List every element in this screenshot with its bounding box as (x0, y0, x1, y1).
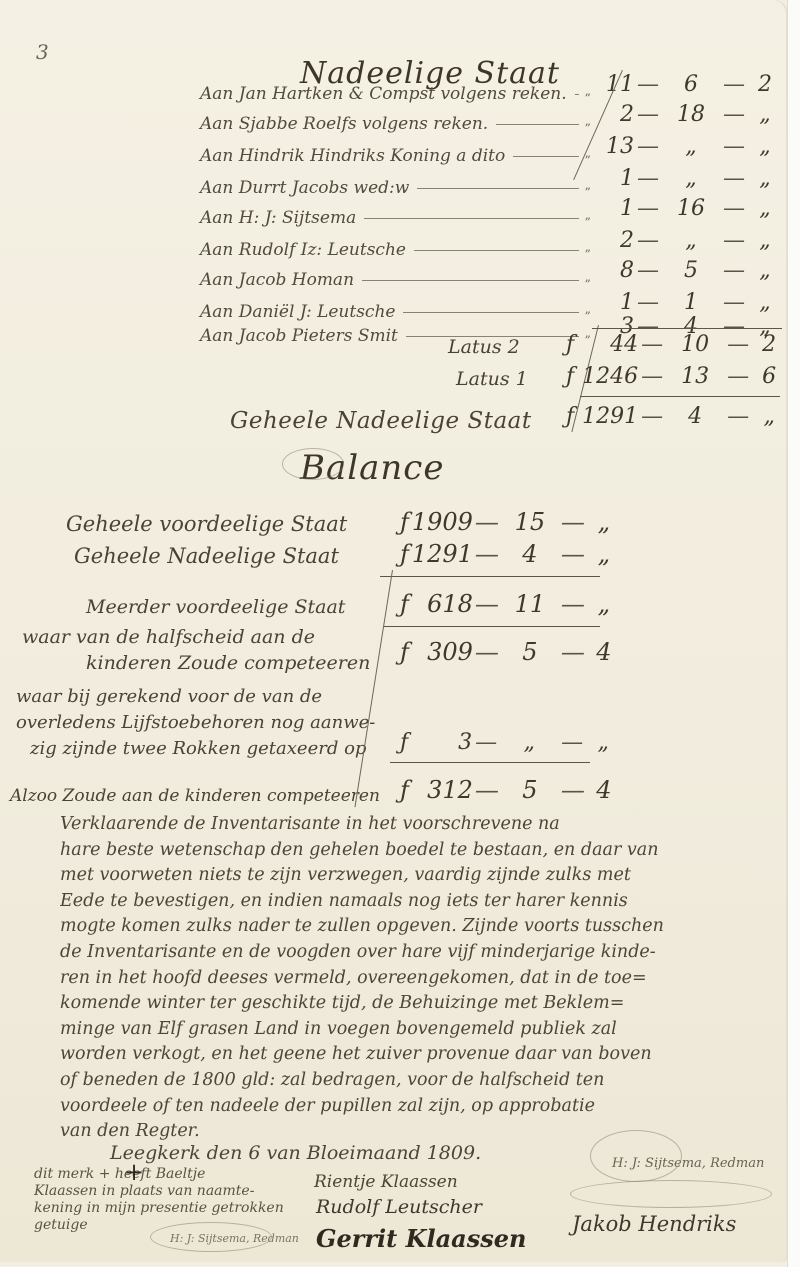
signature-flourish (570, 1180, 772, 1208)
alzoo-amount: ƒ 312— 5— 4 (400, 776, 621, 804)
entry-amount: 1—„—„ (570, 166, 782, 191)
meerder-amount: ƒ 618— 11— „ (400, 590, 621, 618)
mark-cross-icon: + (124, 1158, 144, 1186)
latus-1-label: Latus 1 (456, 368, 528, 390)
entry-amount: 2—„—„ (570, 228, 782, 253)
declaration-line: komende winter ter geschikte tijd, de Be… (60, 991, 790, 1017)
ledger-entry: Aan H: J: Sijtsema„ (200, 198, 605, 228)
total-nadelige-label: Geheele Nadeelige Staat (230, 408, 532, 434)
entry-label: Aan Jan Hartken & Compst volgens reken. (200, 84, 567, 104)
total-rule (580, 396, 780, 397)
place-date: Leegkerk den 6 van Bloeimaand 1809. (110, 1142, 481, 1164)
voordeelige-amount: ƒ 1909— 15— „ (400, 508, 621, 536)
meerder-label: Meerder voordeelige Staat (86, 596, 345, 618)
declaration-line: met voorweten niets te zijn verzwegen, v… (60, 863, 790, 889)
halfscheid-amount: ƒ 309— 5— 4 (400, 638, 621, 666)
rokken-amount: ƒ 3— „— „ (400, 730, 620, 755)
entry-amount: 13—„—„ (570, 134, 782, 159)
entry-label: Aan Jacob Homan (200, 270, 354, 290)
halfscheid-rule (384, 626, 600, 627)
latus-1-amount: ƒ 1246— 13— 6 (566, 364, 786, 389)
declaration-line: of beneden de 1800 gld: zal bedragen, vo… (60, 1068, 790, 1094)
entry-label: Aan Sjabbe Roelfs volgens reken. (200, 114, 488, 134)
declaration-line: van den Regter. (60, 1119, 790, 1145)
entry-leader (417, 187, 578, 189)
latus-2-amount: ƒ 44— 10— 2 (566, 332, 786, 357)
entry-leader (513, 155, 579, 157)
entry-label: Aan H: J: Sijtsema (200, 208, 356, 228)
halfscheid-label-2: kinderen Zoude competeeren (86, 652, 370, 674)
signature-gerrit: Gerrit Klaassen (316, 1224, 526, 1253)
ledger-entry: Aan Jacob Pieters Smit„ (200, 316, 605, 346)
entry-leader (496, 123, 579, 125)
sum-rule (592, 328, 782, 329)
entry-label: Aan Rudolf Iz: Leutsche (200, 240, 406, 260)
balance-rule (380, 576, 600, 577)
entry-leader (362, 279, 579, 281)
ledger-entry: Aan Jan Hartken & Compst volgens reken.„ (200, 74, 605, 104)
ledger-entry: Aan Rudolf Iz: Leutsche„ (200, 230, 605, 260)
ledger-entry: Aan Hindrik Hindriks Koning a dito„ (200, 136, 605, 166)
rokken-label-3: zig zijnde twee Rokken getaxeerd op (30, 738, 366, 759)
page-number: 3 (36, 40, 49, 64)
signature-jakob: Jakob Hendriks (572, 1212, 736, 1236)
voordeelige-label: Geheele voordeelige Staat (66, 512, 347, 536)
declaration-line: Eede te bevestigen, en indien namaals no… (60, 889, 790, 915)
declaration-line: de Inventarisante en de voogden over har… (60, 940, 790, 966)
halfscheid-label-1: waar van de halfscheid aan de (22, 626, 315, 648)
declaration-line: minge van Elf grasen Land in voegen bove… (60, 1017, 790, 1043)
rokken-label-1: waar bij gerekend voor de van de (16, 686, 322, 707)
signature-rientje: Rientje Klaassen (314, 1172, 458, 1192)
alzoo-label: Alzoo Zoude aan de kinderen competeeren (10, 786, 380, 806)
signature-rudolf: Rudolf Leutscher (316, 1196, 482, 1218)
entry-amount: 1—16—„ (570, 196, 782, 221)
entry-label: Aan Durrt Jacobs wed:w (200, 178, 409, 198)
entry-label: Aan Hindrik Hindriks Koning a dito (200, 146, 505, 166)
declaration-line: hare beste wetenschap den gehelen boedel… (60, 838, 790, 864)
total-nadelige-amount: ƒ 1291— 4— „ (566, 404, 786, 429)
declaration-line: mogte komen zulks nader te zullen opgeve… (60, 914, 790, 940)
entry-amount: 11—6—2 (570, 72, 782, 97)
signature-flourish (590, 1130, 682, 1182)
signature-flourish (150, 1222, 272, 1252)
entry-leader (414, 249, 579, 251)
ledger-entry: Aan Durrt Jacobs wed:w„ (200, 168, 605, 198)
declaration-line: worden verkogt, en het geene het zuiver … (60, 1042, 790, 1068)
entry-amount: 1—1—„ (570, 290, 782, 315)
declaration-line: voordeele of ten nadeele der pupillen za… (60, 1094, 790, 1120)
declaration-line: Verklaarende de Inventarisante in het vo… (60, 812, 790, 838)
heading-flourish (282, 448, 344, 480)
nadeelige-balance-label: Geheele Nadeelige Staat (74, 544, 339, 568)
rokken-label-2: overledens Lijfstoebehoren nog aanwe- (16, 712, 375, 733)
ledger-entry: Aan Sjabbe Roelfs volgens reken.„ (200, 104, 605, 134)
declaration-text: Verklaarende de Inventarisante in het vo… (60, 812, 790, 1145)
declaration-line: ren in het hoofd deeses vermeld, overeen… (60, 966, 790, 992)
entry-label: Aan Jacob Pieters Smit (200, 326, 398, 346)
latus-2-label: Latus 2 (448, 336, 520, 358)
entry-leader (403, 311, 578, 313)
alzoo-rule (390, 762, 590, 763)
entry-leader (364, 217, 579, 219)
ledger-entry: Aan Jacob Homan„ (200, 260, 605, 290)
nadeelige-balance-amount: ƒ 1291— 4— „ (400, 540, 621, 568)
entry-amount: 8—5—„ (570, 258, 782, 283)
